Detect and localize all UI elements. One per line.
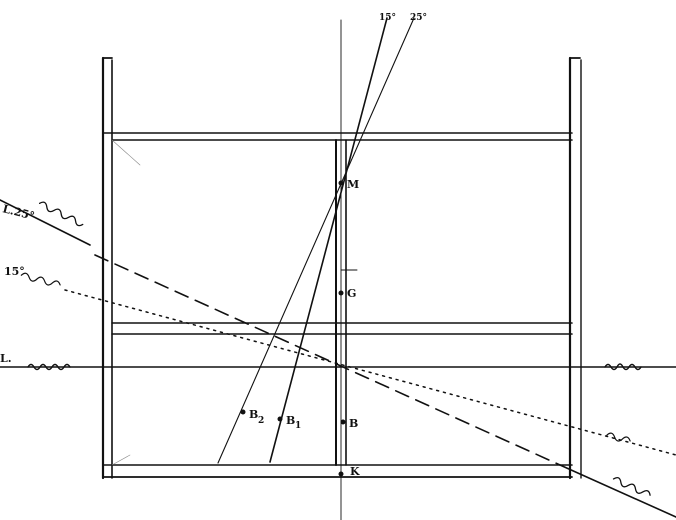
label-G: G: [347, 287, 356, 300]
bottom-bar: [103, 465, 572, 477]
point-B2: [241, 410, 246, 415]
label-ray-15: 15°: [379, 13, 396, 23]
point-B1: [278, 417, 283, 422]
label-left-25: L.25°: [1, 202, 36, 222]
label-M: M: [347, 178, 359, 191]
left-wall: [103, 58, 112, 478]
middle-bar: [112, 323, 572, 334]
label-B2-sub: 2: [258, 416, 264, 426]
label-B: B: [349, 417, 358, 430]
geometric-diagram: 15° 25° L.25° 15° L. M G B B 1 B 2 K: [0, 0, 676, 520]
label-left-15: 15°: [4, 265, 25, 278]
label-B2: B: [249, 408, 258, 421]
ray-15-degree: [270, 18, 387, 462]
top-bar: [103, 133, 572, 140]
right-wall: [570, 58, 581, 478]
point-K: [339, 472, 344, 477]
label-ray-25: 25°: [410, 13, 427, 23]
label-K: K: [350, 465, 360, 478]
point-B: [341, 420, 346, 425]
dashed-ray-25: [0, 200, 676, 517]
ray-25-degree: [218, 18, 414, 463]
label-left-L: L.: [0, 352, 12, 365]
point-G: [339, 291, 344, 296]
label-B1: B: [286, 414, 295, 427]
point-M: [339, 181, 344, 186]
label-B1-sub: 1: [295, 421, 301, 431]
